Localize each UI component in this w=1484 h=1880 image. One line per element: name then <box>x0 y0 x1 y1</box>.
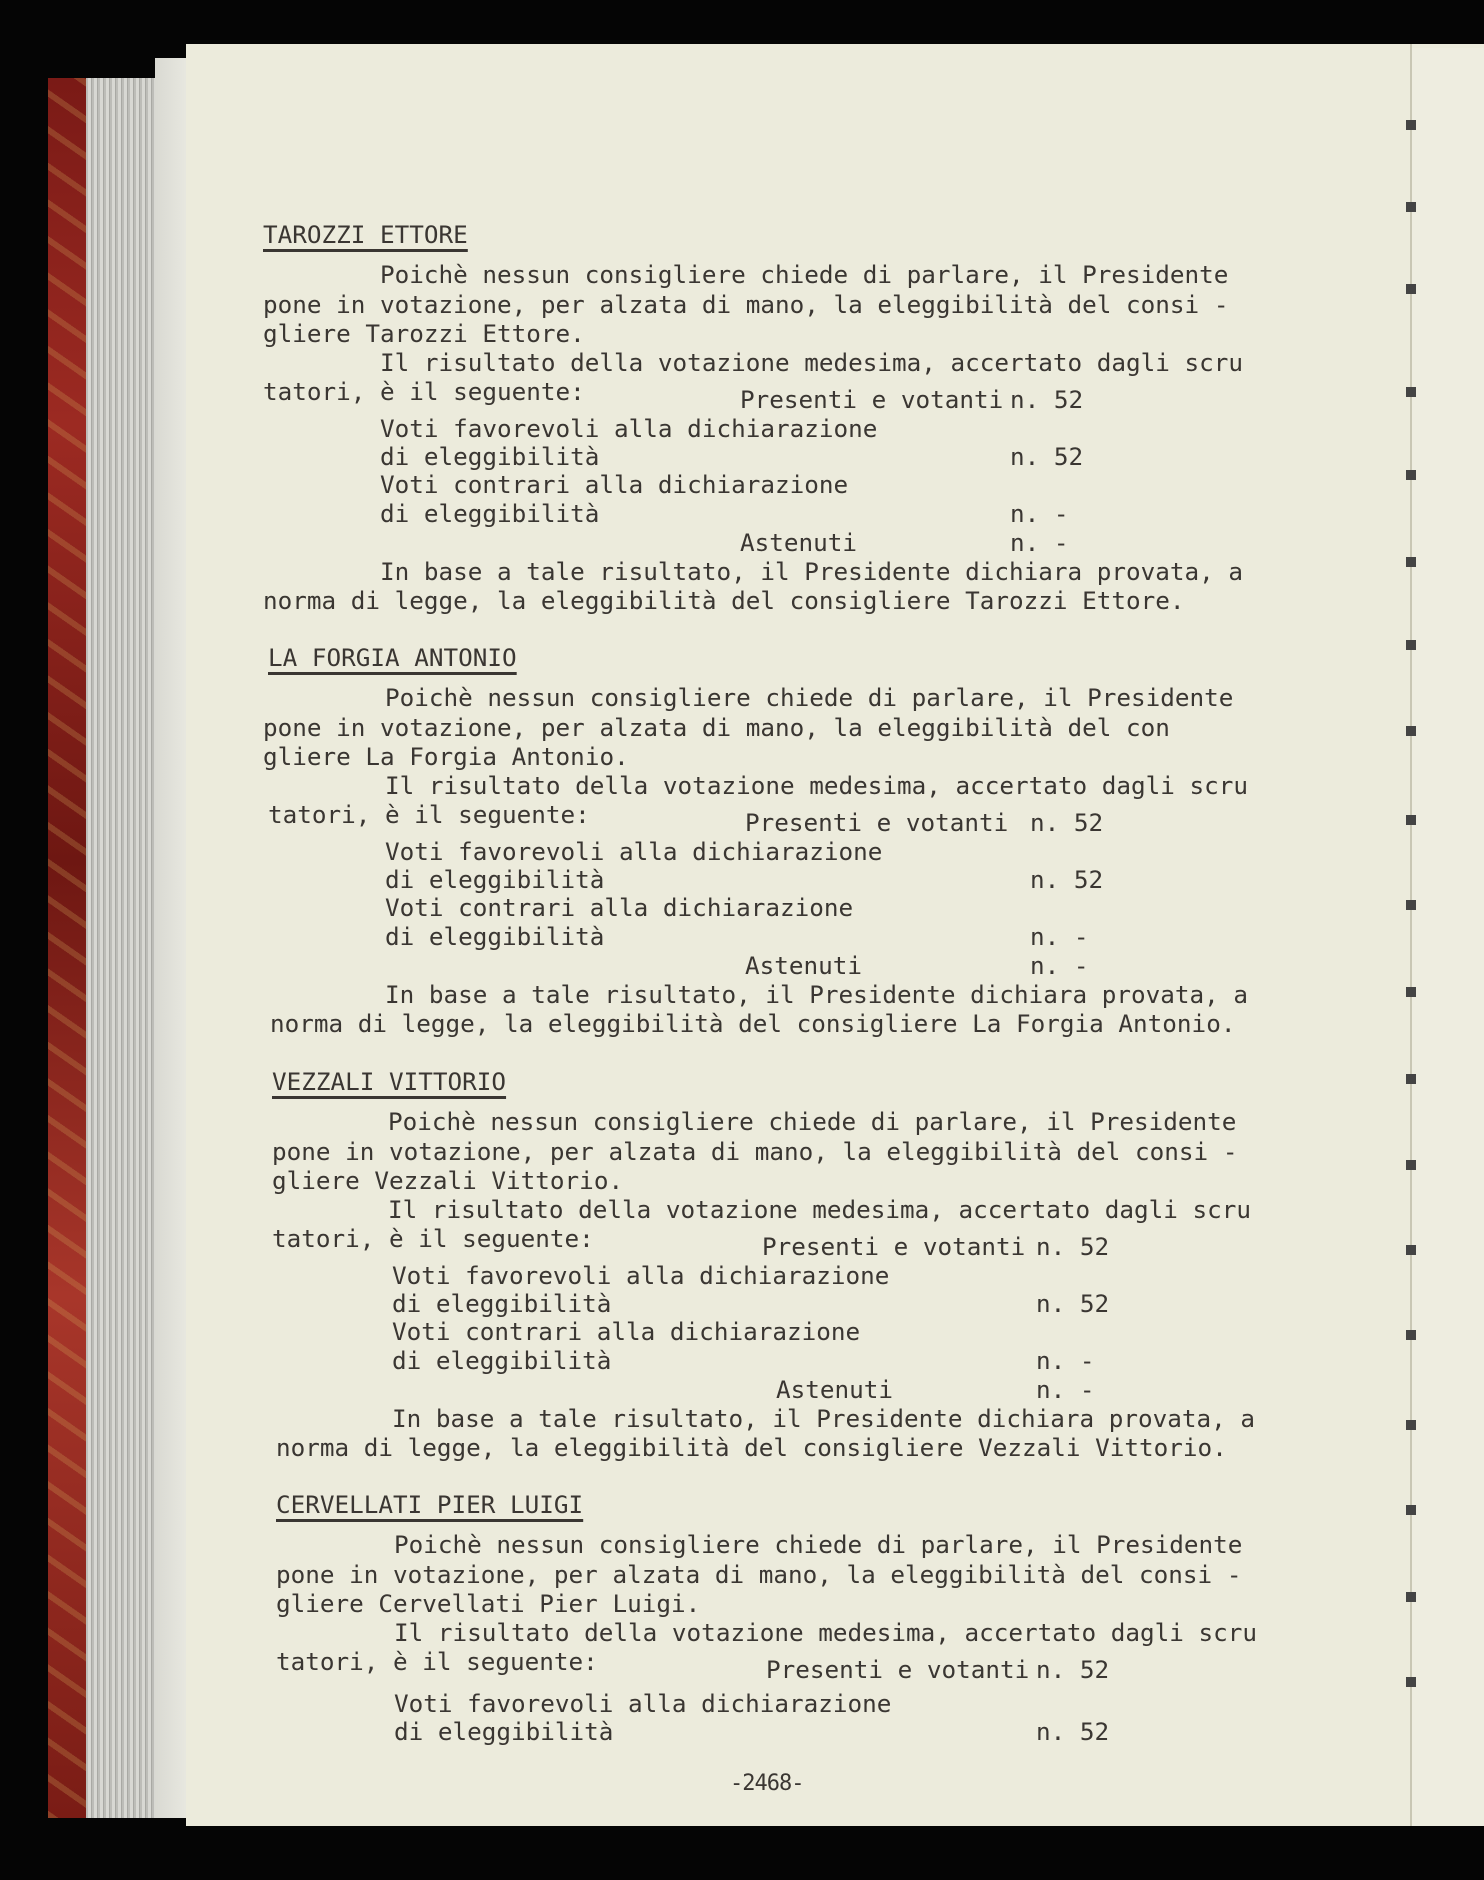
binding-hole <box>1406 987 1416 997</box>
binding-hole <box>1406 202 1416 212</box>
result-line: In base a tale risultato, il Presidente … <box>385 981 1248 1009</box>
paragraph-line: gliere La Forgia Antonio. <box>263 743 629 771</box>
paragraph-line: Poichè nessun consigliere chiede di parl… <box>388 1108 1236 1136</box>
page-gutter <box>1410 44 1412 1826</box>
paragraph-line: tatori, è il seguente: <box>263 378 585 406</box>
contrari-value: n. - <box>1030 923 1089 951</box>
contrari-label: di eleggibilità <box>392 1347 611 1375</box>
astenuti-value: n. - <box>1030 952 1089 980</box>
binding-hole <box>1406 1677 1416 1687</box>
presenti-value: n. 52 <box>1036 1656 1109 1684</box>
result-line: norma di legge, la eleggibilità del cons… <box>276 1434 1227 1462</box>
paragraph-line: gliere Tarozzi Ettore. <box>263 320 585 348</box>
favorevoli-label: di eleggibilità <box>394 1718 613 1746</box>
paragraph-line: Il risultato della votazione medesima, a… <box>388 1196 1251 1224</box>
favorevoli-label: Voti favorevoli alla dichiarazione <box>392 1262 889 1290</box>
page-stack-edge <box>86 78 156 1818</box>
result-line: In base a tale risultato, il Presidente … <box>392 1405 1255 1433</box>
result-line: norma di legge, la eleggibilità del cons… <box>270 1010 1235 1038</box>
binding-hole <box>1406 1160 1416 1170</box>
binding-hole <box>1406 1420 1416 1430</box>
contrari-label: di eleggibilità <box>385 923 604 951</box>
presenti-label: Presenti e votanti <box>745 809 1008 837</box>
binding-hole <box>1406 1592 1416 1602</box>
binding-hole <box>1406 470 1416 480</box>
page-number: -2468- <box>730 1770 803 1798</box>
paragraph-line: Poichè nessun consigliere chiede di parl… <box>394 1531 1242 1559</box>
favorevoli-label: di eleggibilità <box>392 1290 611 1318</box>
paragraph-line: pone in votazione, per alzata di mano, l… <box>272 1138 1237 1166</box>
favorevoli-value: n. 52 <box>1036 1718 1109 1746</box>
section-heading: TAROZZI ETTORE <box>263 221 468 249</box>
binding-hole <box>1406 815 1416 825</box>
contrari-value: n. - <box>1036 1347 1095 1375</box>
astenuti-label: Astenuti <box>740 529 857 557</box>
favorevoli-value: n. 52 <box>1036 1290 1109 1318</box>
presenti-value: n. 52 <box>1036 1233 1109 1261</box>
binding-hole <box>1406 557 1416 567</box>
binding-hole <box>1406 1505 1416 1515</box>
result-line: In base a tale risultato, il Presidente … <box>380 558 1243 586</box>
binding-hole <box>1406 1245 1416 1255</box>
section-heading: CERVELLATI PIER LUIGI <box>276 1491 583 1519</box>
astenuti-value: n. - <box>1010 529 1069 557</box>
paragraph-line: Il risultato della votazione medesima, a… <box>380 349 1243 377</box>
paragraph-line: pone in votazione, per alzata di mano, l… <box>263 714 1170 742</box>
paragraph-line: pone in votazione, per alzata di mano, l… <box>263 291 1228 319</box>
paragraph-line: gliere Cervellati Pier Luigi. <box>276 1590 700 1618</box>
paragraph-line: tatori, è il seguente: <box>276 1648 598 1676</box>
presenti-value: n. 52 <box>1010 386 1083 414</box>
facing-page-edge <box>1412 48 1484 1826</box>
paragraph-line: tatori, è il seguente: <box>272 1225 594 1253</box>
paragraph-line: pone in votazione, per alzata di mano, l… <box>276 1561 1241 1589</box>
binding-hole <box>1406 1330 1416 1340</box>
page-fore-edge <box>155 58 187 1818</box>
favorevoli-label: di eleggibilità <box>380 443 599 471</box>
contrari-value: n. - <box>1010 500 1069 528</box>
contrari-label: Voti contrari alla dichiarazione <box>385 894 853 922</box>
section-heading: LA FORGIA ANTONIO <box>268 644 517 672</box>
presenti-label: Presenti e votanti <box>740 386 1003 414</box>
binding-hole <box>1406 640 1416 650</box>
astenuti-value: n. - <box>1036 1376 1095 1404</box>
result-line: norma di legge, la eleggibilità del cons… <box>263 587 1185 615</box>
paragraph-line: Poichè nessun consigliere chiede di parl… <box>380 261 1228 289</box>
contrari-label: di eleggibilità <box>380 500 599 528</box>
paragraph-line: Il risultato della votazione medesima, a… <box>394 1619 1257 1647</box>
presenti-value: n. 52 <box>1030 809 1103 837</box>
presenti-label: Presenti e votanti <box>766 1656 1029 1684</box>
contrari-label: Voti contrari alla dichiarazione <box>392 1318 860 1346</box>
paragraph-line: Poichè nessun consigliere chiede di parl… <box>385 684 1233 712</box>
astenuti-label: Astenuti <box>745 952 862 980</box>
binding-hole <box>1406 120 1416 130</box>
favorevoli-label: Voti favorevoli alla dichiarazione <box>394 1690 891 1718</box>
contrari-label: Voti contrari alla dichiarazione <box>380 471 848 499</box>
astenuti-label: Astenuti <box>776 1376 893 1404</box>
binding-hole <box>1406 1074 1416 1084</box>
paragraph-line: Il risultato della votazione medesima, a… <box>385 772 1248 800</box>
paragraph-line: gliere Vezzali Vittorio. <box>272 1167 623 1195</box>
presenti-label: Presenti e votanti <box>762 1233 1025 1261</box>
favorevoli-label: di eleggibilità <box>385 866 604 894</box>
binding-hole <box>1406 387 1416 397</box>
paragraph-line: tatori, è il seguente: <box>268 801 590 829</box>
favorevoli-label: Voti favorevoli alla dichiarazione <box>385 838 882 866</box>
favorevoli-value: n. 52 <box>1030 866 1103 894</box>
favorevoli-value: n. 52 <box>1010 443 1083 471</box>
binding-hole <box>1406 284 1416 294</box>
binding-hole <box>1406 900 1416 910</box>
book-binding-marbled <box>48 78 88 1818</box>
favorevoli-label: Voti favorevoli alla dichiarazione <box>380 415 877 443</box>
binding-hole <box>1406 726 1416 736</box>
section-heading: VEZZALI VITTORIO <box>272 1068 506 1096</box>
